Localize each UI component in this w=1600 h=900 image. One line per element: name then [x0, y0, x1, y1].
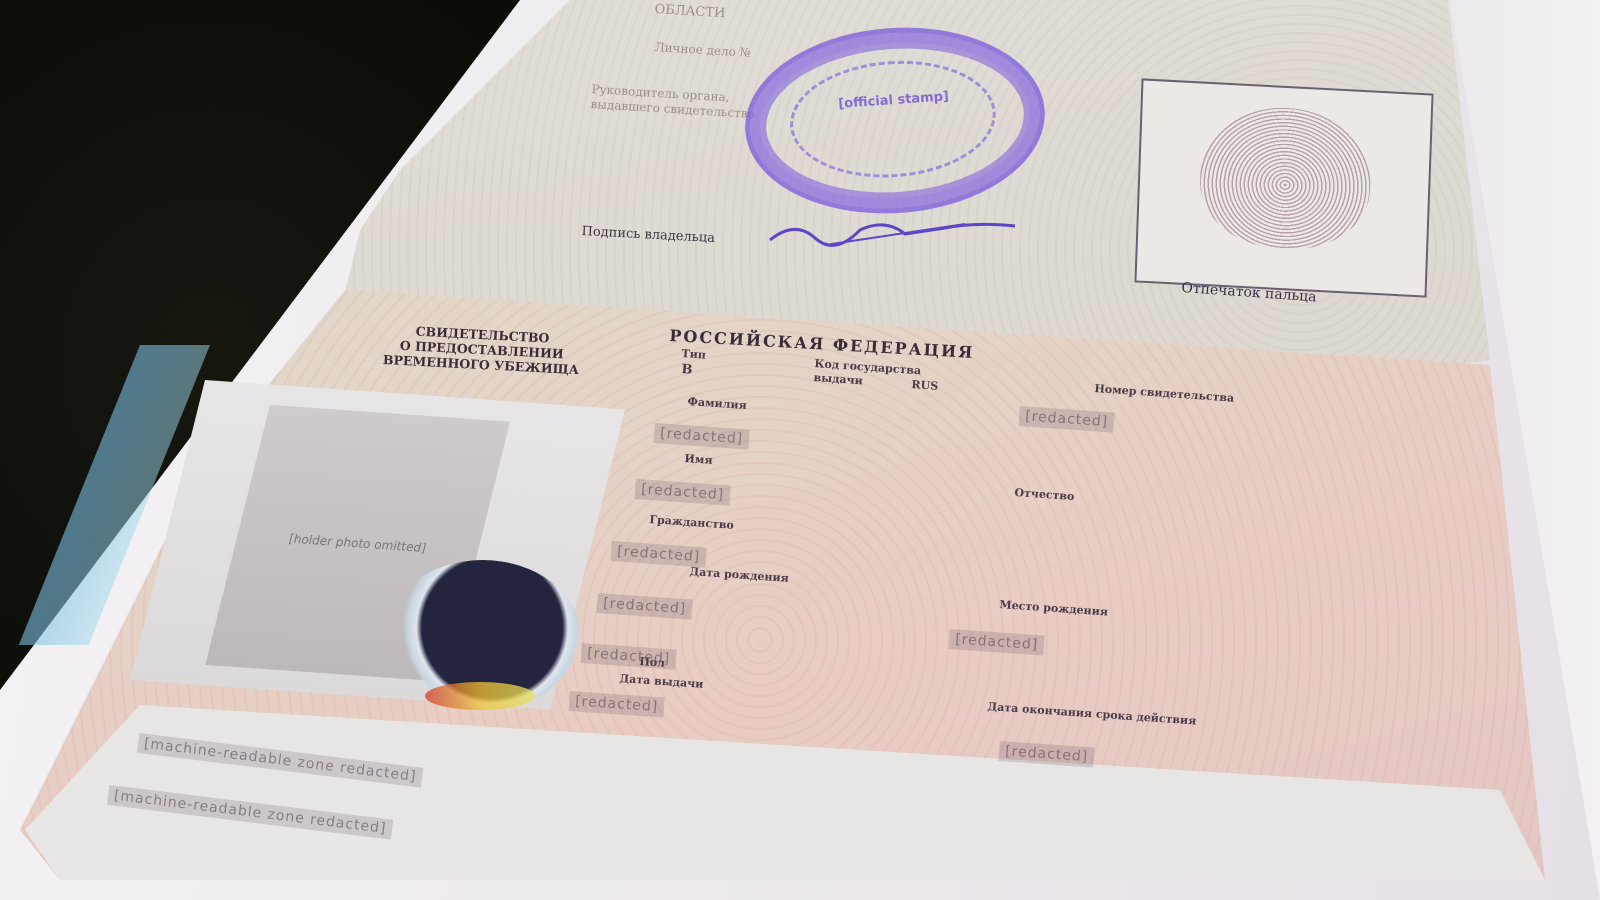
state-code-value: RUS — [911, 378, 939, 393]
fingerprint-box — [1134, 78, 1433, 297]
signature-mark — [765, 210, 1025, 255]
given-names-label: Имя — [684, 452, 713, 467]
fingerprint-image — [1198, 104, 1373, 253]
hologram-seal — [385, 560, 580, 710]
type-label: Тип — [681, 347, 706, 362]
type-value: В — [681, 362, 693, 378]
